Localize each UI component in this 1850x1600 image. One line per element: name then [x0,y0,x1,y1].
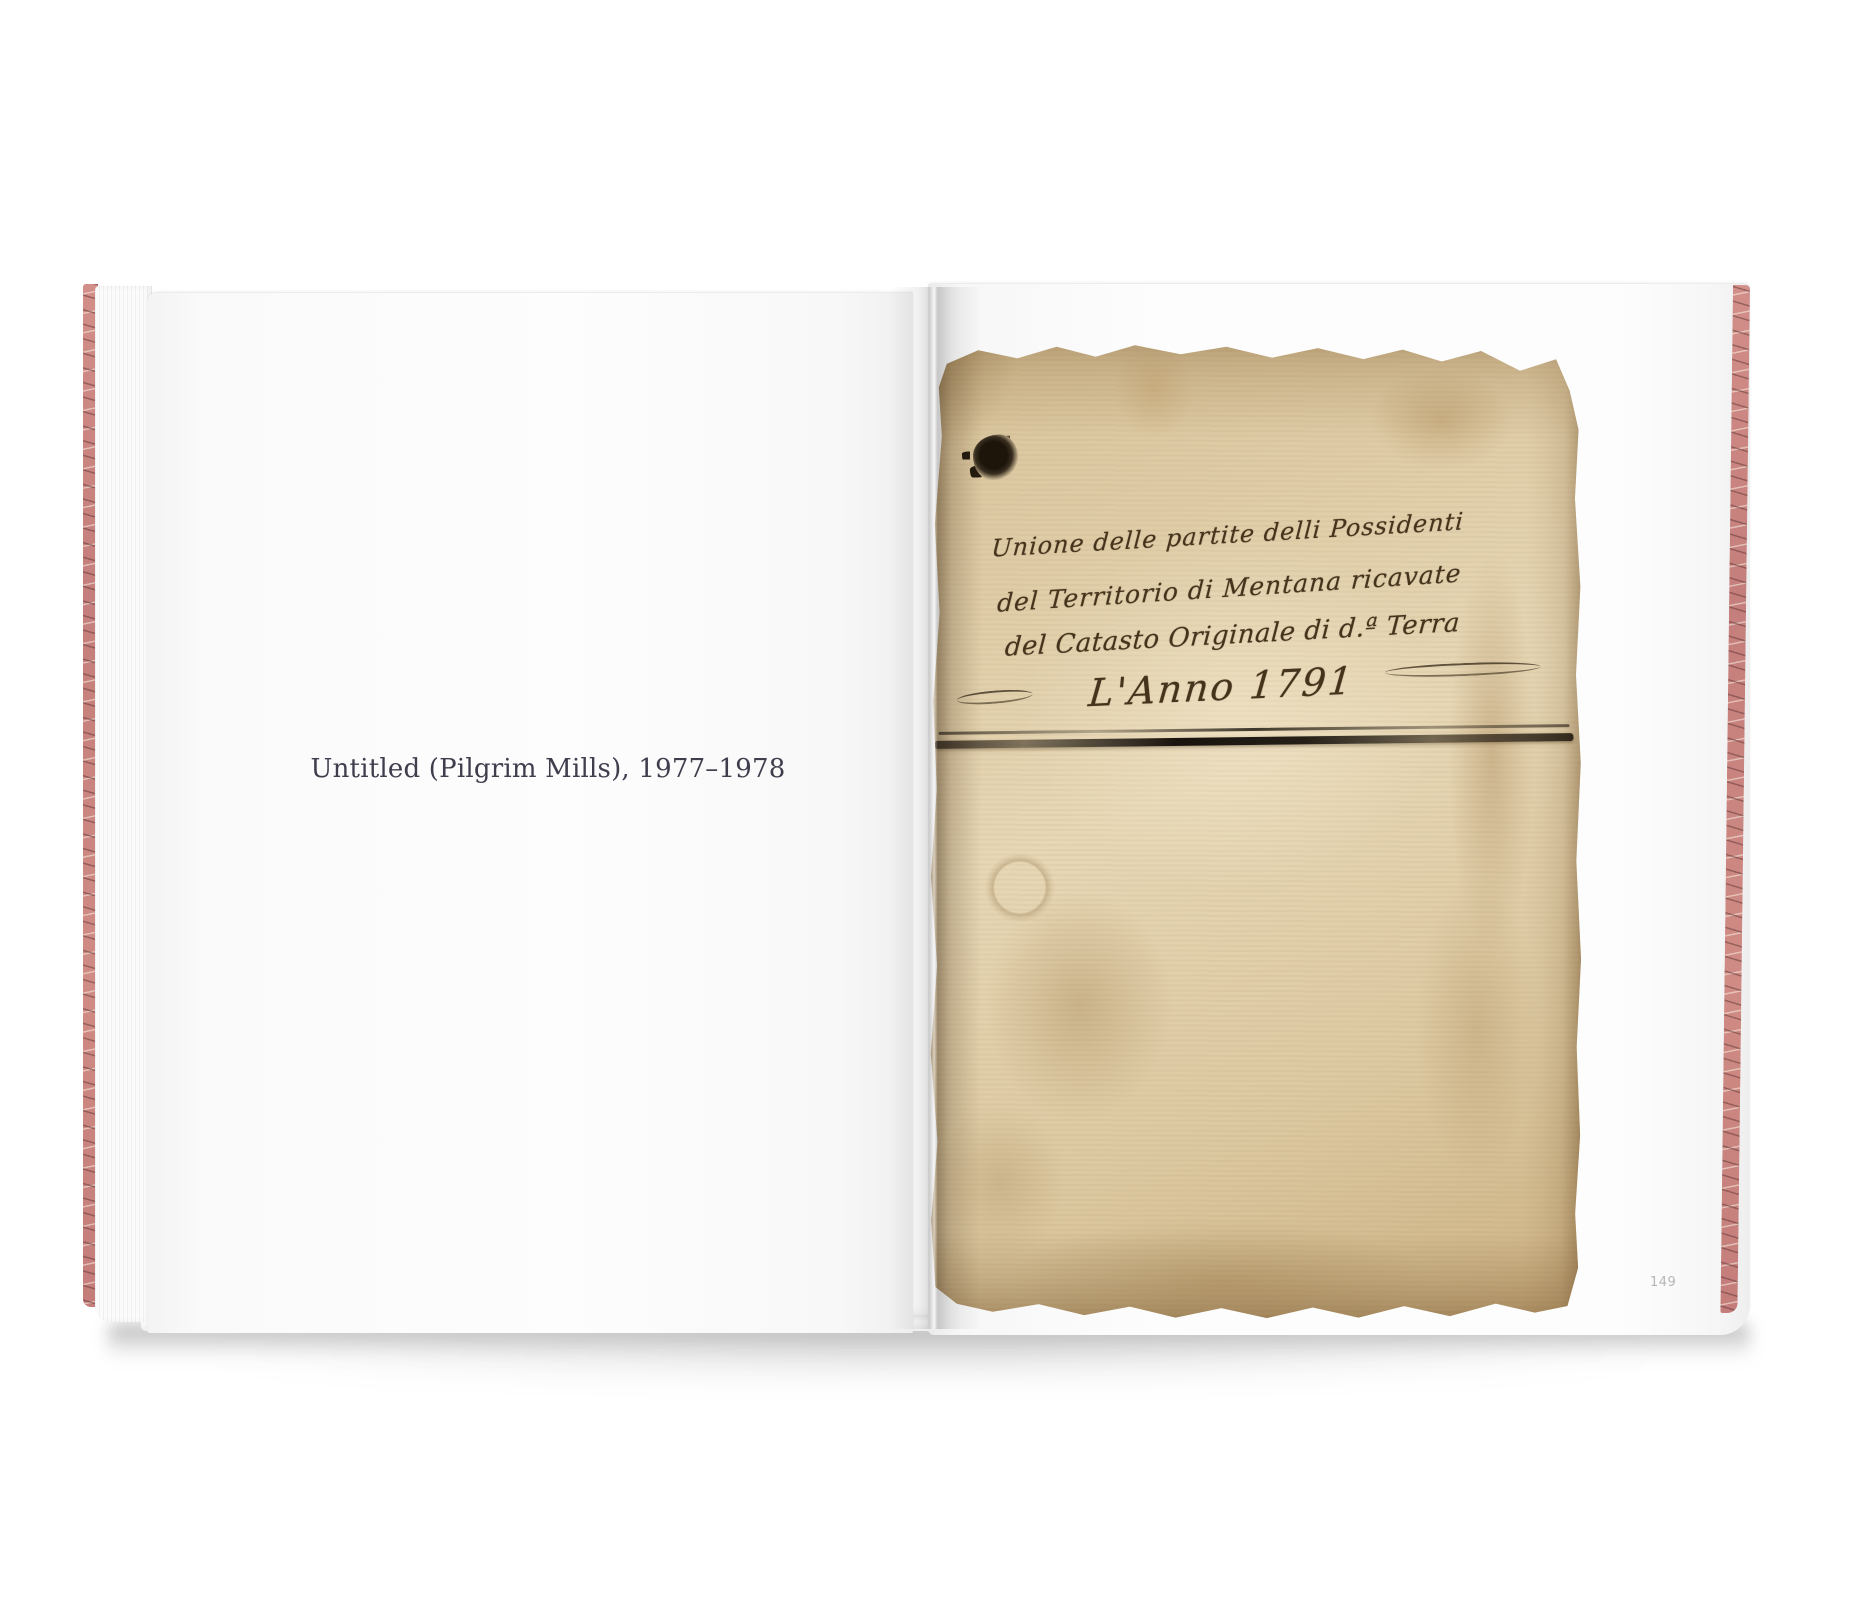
ink-flourish-right [1385,660,1541,679]
manuscript-photograph: Unione delle partite delli Possidenti de… [927,338,1585,1321]
left-fore-edge-pages [95,286,152,1322]
ink-blot [973,435,1019,481]
handwriting-line-2: del Territorio di Mentana ricavate [996,559,1462,618]
ink-flourish-left [956,688,1033,707]
ink-rule-thin [939,724,1570,735]
handwriting-line-3: del Catasto Originale di d.ª Terra [1004,608,1461,663]
right-page: Unione delle partite delli Possidenti de… [928,283,1750,1335]
book-drop-shadow-soft [135,1338,1725,1390]
handwriting-line-1: Unione delle partite delli Possidenti [991,507,1465,562]
page-number: 149 [1650,1275,1690,1290]
left-page: Untitled (Pilgrim Mills), 1977–1978 [147,292,913,1333]
plate-caption: Untitled (Pilgrim Mills), 1977–1978 [165,754,931,784]
book-product-photo: Untitled (Pilgrim Mills), 1977–1978 Unio… [0,0,1850,1600]
ink-rule-thick [934,733,1573,749]
handwriting-line-4: L'Anno 1791 [1087,658,1357,715]
open-book: Untitled (Pilgrim Mills), 1977–1978 Unio… [83,283,1767,1343]
